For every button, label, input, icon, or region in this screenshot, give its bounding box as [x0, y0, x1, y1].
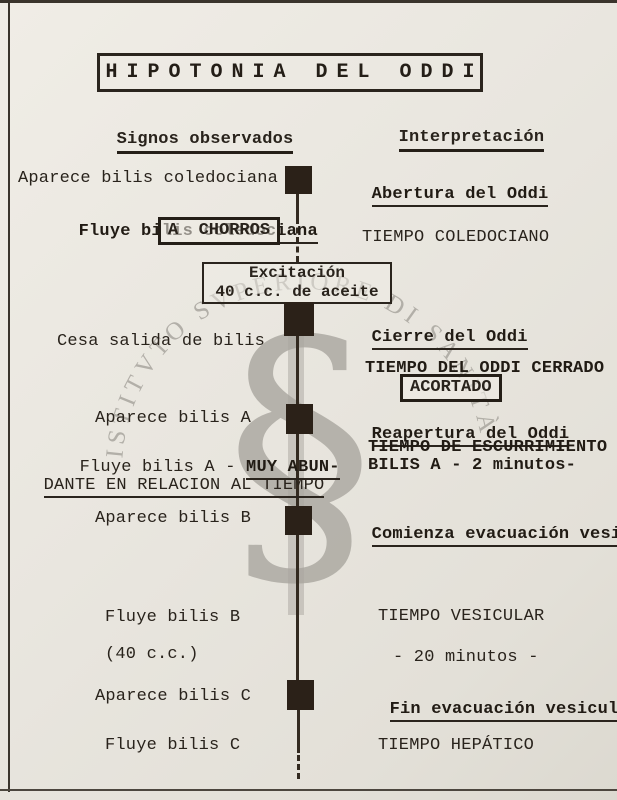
sign-aparece-bilis-coledociana: Aparece bilis coledociana	[18, 169, 278, 188]
timeline-marker-5	[287, 680, 314, 710]
timeline-dashed-segment-2	[297, 755, 300, 779]
page-title: HIPOTONIA DEL ODDI	[97, 53, 483, 92]
timeline-marker-3	[286, 404, 313, 434]
timeline-marker-1	[285, 166, 312, 194]
sign-a-chorros-box: A CHORROS	[158, 217, 280, 245]
timeline-solid-segment-4	[296, 535, 299, 680]
frame-top-line	[0, 0, 617, 3]
interp-abertura-del-oddi: Abertura del Oddi	[330, 166, 548, 223]
interp-tiempo-coledociano: TIEMPO COLEDOCIANO	[362, 228, 549, 247]
frame-bottom-line	[0, 789, 617, 791]
excitation-line1: Excitación	[249, 264, 345, 283]
column-header-interpretation: Interpretación	[357, 109, 544, 166]
timeline-marker-2	[284, 302, 314, 336]
timeline-solid-segment-5	[297, 710, 300, 753]
excitation-line2: 40 c.c. de aceite	[215, 283, 378, 302]
sign-fluye-bilis-b-volume: (40 c.c.)	[105, 645, 199, 664]
scanned-diagram-page: ISTITVTO SVPERIORE DI SANITÀ § HIPOTONIA…	[0, 0, 617, 800]
interp-fin-evacuacion: Fin evacuación vesicular	[348, 681, 617, 738]
sign-aparece-bilis-b: Aparece bilis B	[95, 509, 251, 528]
excitation-callout-box: Excitación 40 c.c. de aceite	[202, 262, 392, 304]
interp-tiempo-escurrimiento-line2: BILIS A - 2 minutos-	[368, 456, 576, 475]
sign-fluye-bilis-c: Fluye bilis C	[105, 736, 240, 755]
timeline-solid-segment-2	[296, 336, 299, 404]
page-title-text: HIPOTONIA DEL ODDI	[96, 61, 483, 84]
interp-tiempo-escurrimiento-line1: TIEMPO DE ESCURRIMIENTO DE	[368, 438, 617, 457]
sign-fluye-bilis-b: Fluye bilis B	[105, 608, 240, 627]
interp-tiempo-hepatico: TIEMPO HEPÁTICO	[378, 736, 534, 755]
interp-comienza-evacuacion: Comienza evacuación vesicular	[330, 506, 617, 563]
column-header-signs: Signos observados	[75, 111, 293, 168]
sign-aparece-bilis-c: Aparece bilis C	[95, 687, 251, 706]
sign-aparece-bilis-a: Aparece bilis A	[95, 409, 251, 428]
sign-fluye-bilis-a-line2: DANTE EN RELACION AL TIEMPO	[2, 457, 324, 514]
frame-left-line	[8, 0, 10, 792]
interp-acortado-box: ACORTADO	[400, 374, 502, 402]
interp-tiempo-vesicular: TIEMPO VESICULAR	[378, 607, 544, 626]
interp-cierre-del-oddi: Cierre del Oddi	[330, 309, 528, 366]
sign-cesa-salida-de-bilis: Cesa salida de bilis	[57, 332, 265, 351]
interp-tiempo-vesicular-duration: - 20 minutos -	[393, 648, 539, 667]
